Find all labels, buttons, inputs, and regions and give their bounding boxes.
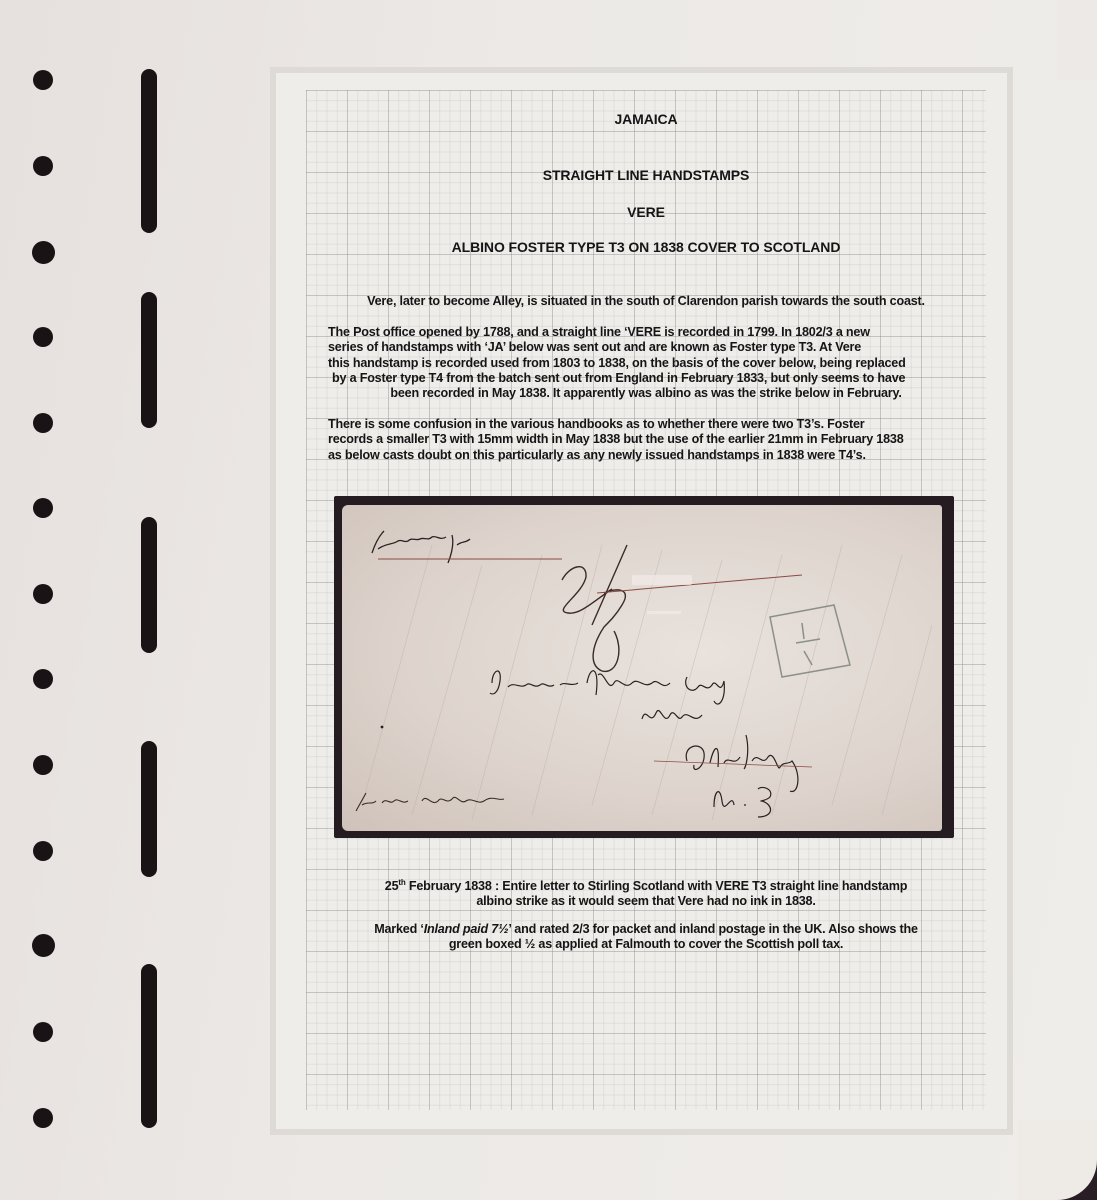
intro-paragraph-3: There is some confusion in the various h…	[306, 417, 986, 463]
punch-hole	[33, 156, 53, 176]
binder-slot	[141, 517, 157, 653]
intro-paragraph-2: The Post office opened by 1788, and a st…	[306, 325, 986, 401]
text-line: as below casts doubt on this particularl…	[306, 448, 986, 463]
text-line: this handstamp is recorded used from 180…	[306, 356, 986, 371]
subtitle-heading: ALBINO FOSTER TYPE T3 ON 1838 COVER TO S…	[306, 239, 986, 255]
town-heading: VERE	[306, 204, 986, 220]
binder-slot	[141, 964, 157, 1128]
intro-paragraph-1: Vere, later to become Alley, is situated…	[306, 294, 986, 309]
caption-line-1: 25th February 1838 : Entire letter to St…	[306, 875, 986, 894]
punch-hole	[32, 934, 55, 957]
caption-line-2: albino strike as it would seem that Vere…	[306, 894, 986, 909]
punch-hole	[33, 327, 53, 347]
punch-hole	[33, 841, 53, 861]
binder-slot	[141, 741, 157, 877]
punch-hole	[33, 413, 53, 433]
text-line: by a Foster type T4 from the batch sent …	[306, 371, 986, 386]
caption-line-3: Marked ‘Inland paid 7½’ and rated 2/3 fo…	[306, 922, 986, 937]
binder-slot	[141, 69, 157, 233]
binder-slot	[141, 292, 157, 428]
section-heading: STRAIGHT LINE HANDSTAMPS	[306, 167, 986, 183]
punch-hole	[33, 498, 53, 518]
text-line: series of handstamps with ‘JA’ below was…	[306, 340, 986, 355]
cover-caption: 25th February 1838 : Entire letter to St…	[306, 875, 986, 952]
text-line: There is some confusion in the various h…	[306, 417, 986, 432]
country-heading: JAMAICA	[306, 111, 986, 127]
cover-manuscript-drawing	[342, 505, 942, 831]
text-line: records a smaller T3 with 15mm width in …	[306, 432, 986, 447]
text-line: been recorded in May 1838. It apparently…	[306, 386, 986, 401]
postal-cover-image	[342, 505, 942, 831]
punch-hole	[33, 70, 53, 90]
punch-hole	[33, 1108, 53, 1128]
punch-hole	[33, 1022, 53, 1042]
caption-line-4: green boxed ½ as applied at Falmouth to …	[306, 937, 986, 952]
text-line: The Post office opened by 1788, and a st…	[306, 325, 986, 340]
corner-top-right	[1057, 0, 1097, 40]
punch-hole	[32, 241, 55, 264]
punch-hole	[33, 584, 53, 604]
punch-hole	[33, 669, 53, 689]
punch-hole	[33, 755, 53, 775]
corner-bottom-right	[1057, 1160, 1097, 1200]
